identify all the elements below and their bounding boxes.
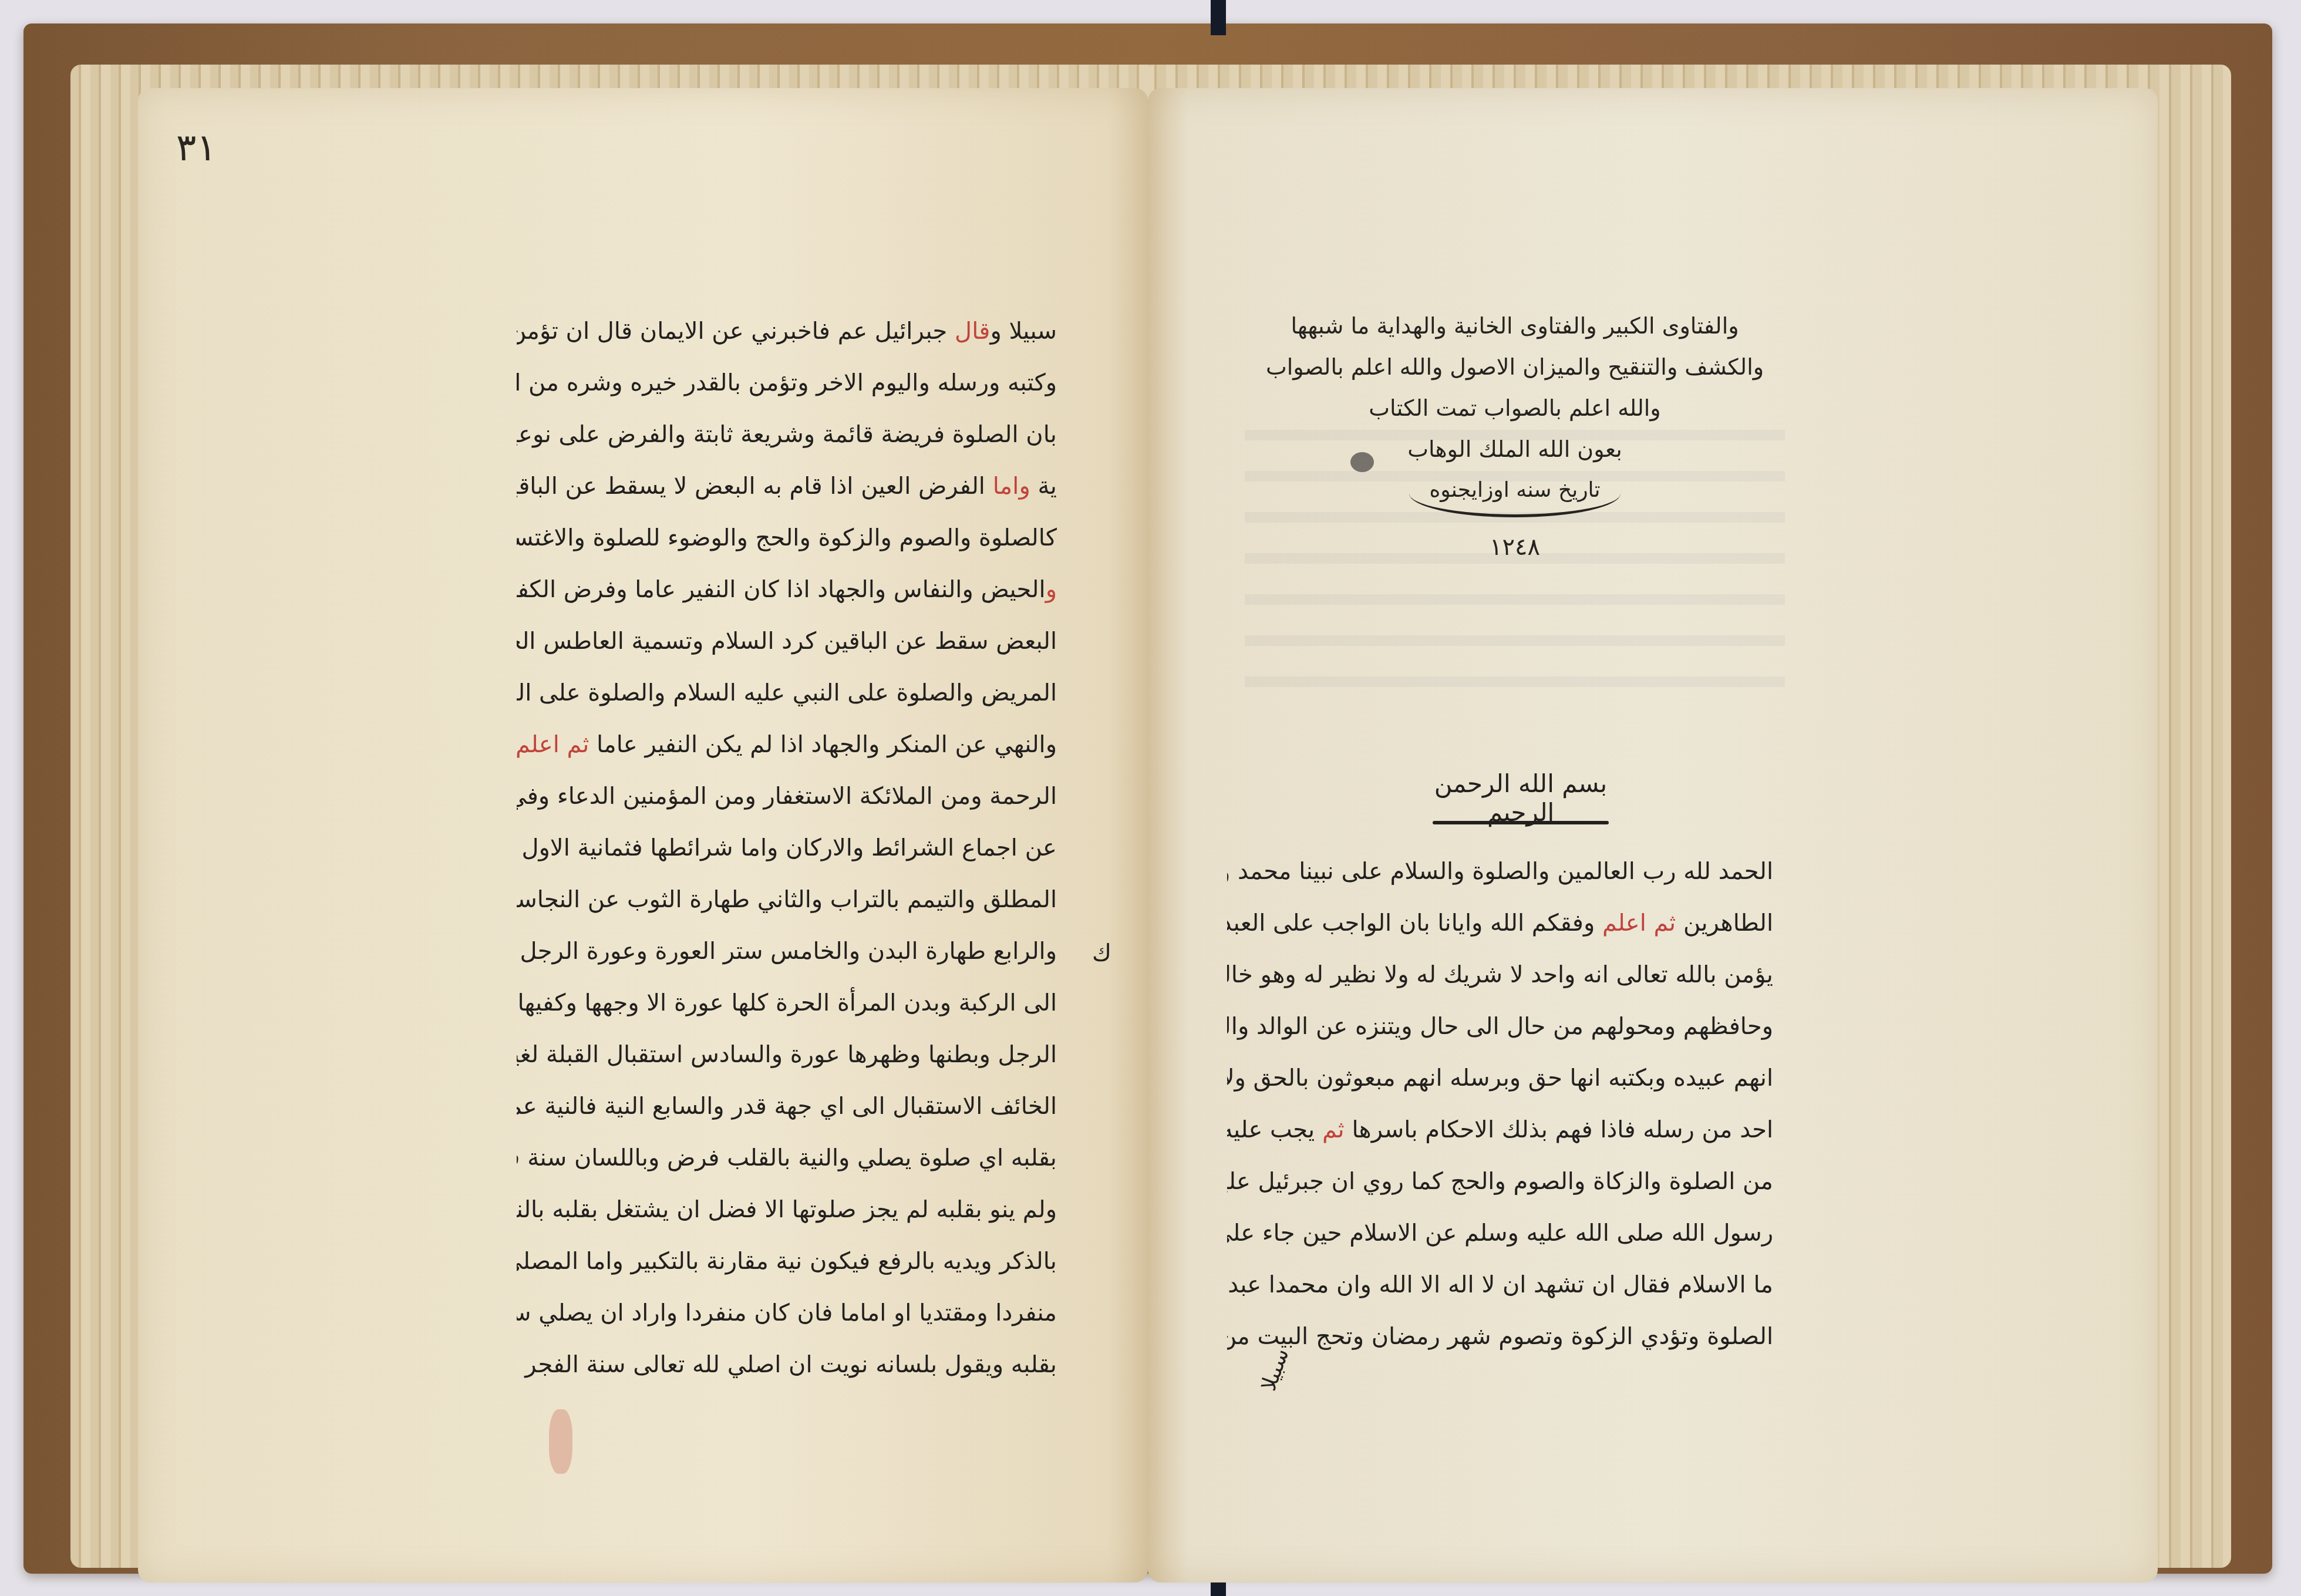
text-line: البعض سقط عن الباقين كرد السلام وتسمية ا… (517, 615, 1057, 667)
left-page-text: سبيلا وقال جبرائيل عم فاخبرني عن الايمان… (517, 305, 1057, 1390)
text-line: منفردا ومقتديا او اماما فان كان منفردا و… (517, 1287, 1057, 1339)
text-line: احد من رسله فاذا فهم بذلك الاحكام باسرها… (1227, 1104, 1773, 1156)
text-line: المطلق والتيمم بالتراب والثاني طهارة الث… (517, 874, 1057, 925)
text-line: الخائف الاستقبال الى اي جهة قدر والسابع … (517, 1080, 1057, 1132)
colophon: والفتاوى الكبير والفتاوى الخانية والهداي… (1245, 305, 1785, 568)
text-line: انهم عبيده وبكتبه انها حق وبرسله انهم مب… (1227, 1052, 1773, 1104)
text-line: الرحمة ومن الملائكة الاستغفار ومن المؤمن… (517, 770, 1057, 822)
text-line: وكتبه ورسله واليوم الاخر وتؤمن بالقدر خي… (517, 357, 1057, 409)
text-line: الرجل وبطنها وظهرها عورة والسادس استقبال… (517, 1029, 1057, 1080)
text-line: الصلوة وتؤدي الزكوة وتصوم شهر رمضان وتحج… (1227, 1311, 1773, 1362)
text-line: كالصلوة والصوم والزكوة والحج والوضوء للص… (517, 512, 1057, 564)
text-line: ما الاسلام فقال ان تشهد ان لا اله الا ال… (1227, 1259, 1773, 1311)
text-line: ية واما الفرض العين اذا قام به البعض لا … (517, 460, 1057, 512)
text-line: المريض والصلوة على النبي عليه السلام وال… (517, 667, 1057, 719)
text-line: بان الصلوة فريضة قائمة وشريعة ثابتة والف… (517, 409, 1057, 460)
red-ink-stain (549, 1409, 572, 1474)
colophon-date: تاريخ سنه اوزايجنوه (1409, 470, 1621, 517)
spine-clip-top (1211, 0, 1226, 35)
text-line: من الصلوة والزكاة والصوم والحج كما روي ا… (1227, 1156, 1773, 1207)
text-line: الحمد لله رب العالمين والصلوة والسلام عل… (1227, 846, 1773, 897)
bismillah-heading: بسم الله الرحمن الرحيم (1397, 769, 1644, 824)
rubric-word: واما (993, 473, 1030, 500)
margin-note: ك (1092, 940, 1111, 967)
right-page-text: الحمد لله رب العالمين والصلوة والسلام عل… (1227, 846, 1773, 1362)
colophon-line: والكشف والتنقيح والميزان الاصول والله اع… (1245, 346, 1785, 388)
text-line: عن اجماع الشرائط والاركان واما شرائطها ف… (517, 822, 1057, 874)
rubric-word: و (1046, 576, 1057, 603)
text-line: ولم ينو بقلبه لم يجز صلوتها الا فضل ان ي… (517, 1184, 1057, 1235)
text-line: والنهي عن المنكر والجهاد اذا لم يكن النف… (517, 719, 1057, 770)
text-line: والحيض والنفاس والجهاد اذا كان النفير عا… (517, 564, 1057, 615)
text-line: وحافظهم ومحولهم من حال الى حال ويتنزه عن… (1227, 1001, 1773, 1052)
rubric-word: ثم (1322, 1116, 1345, 1143)
text-line: بقلبه اي صلوة يصلي والنية بالقلب فرض وبا… (517, 1132, 1057, 1184)
colophon-line: والفتاوى الكبير والفتاوى الخانية والهداي… (1245, 305, 1785, 346)
bismillah-text: بسم الله الرحمن الرحيم (1434, 769, 1608, 827)
text-line: بقلبه ويقول بلسانه نويت ان اصلي لله تعال… (517, 1339, 1057, 1390)
text-line: والرابع طهارة البدن والخامس ستر العورة و… (517, 925, 1057, 977)
rubric-word: ثم اعلم (1602, 910, 1676, 937)
text-line: رسول الله صلى الله عليه وسلم عن الاسلام … (1227, 1207, 1773, 1259)
colophon-year: ١٢٤٨ (1245, 527, 1785, 568)
colophon-line: والله اعلم بالصواب تمت الكتاب (1245, 388, 1785, 429)
text-line: الى الركبة وبدن المرأة الحرة كلها عورة ا… (517, 977, 1057, 1029)
rubric-word: ثم اعلم (517, 731, 589, 758)
ink-blot (1350, 452, 1374, 472)
text-line: بالذكر ويديه بالرفع فيكون نية مقارنة بال… (517, 1235, 1057, 1287)
folio-number: ٣١ (176, 126, 217, 170)
rubric-word: قال (955, 318, 990, 345)
text-line: سبيلا وقال جبرائيل عم فاخبرني عن الايمان… (517, 305, 1057, 357)
text-line: الطاهرين ثم اعلم وفقكم الله وايانا بان ا… (1227, 897, 1773, 949)
text-line: يؤمن بالله تعالى انه واحد لا شريك له ولا… (1227, 949, 1773, 1001)
colophon-line: بعون الله الملك الوهاب (1245, 429, 1785, 470)
